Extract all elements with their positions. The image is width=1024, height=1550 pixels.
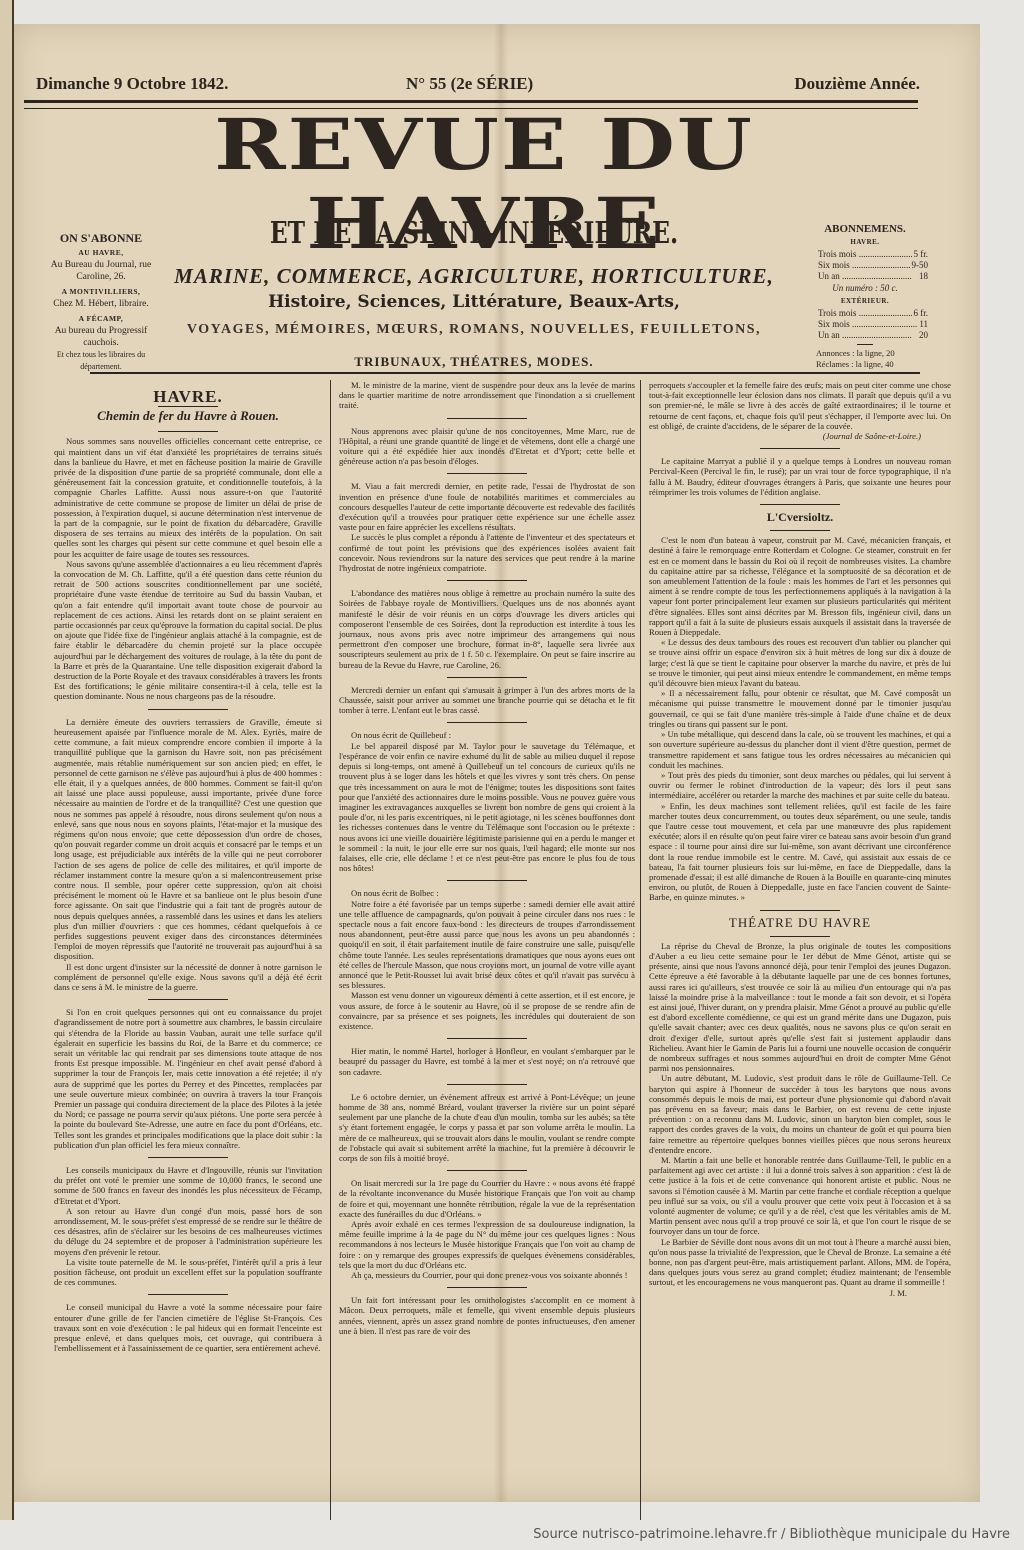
masthead-subtitle: ET DE LA SEINE-INFÉRIEURE. bbox=[232, 216, 716, 251]
rates-title: ABONNEMENS. bbox=[802, 224, 928, 235]
article-paragraph: Un autre débutant, M. Ludovic, s'est pro… bbox=[649, 1073, 951, 1155]
divider bbox=[148, 1157, 228, 1158]
masthead-bottom-rule bbox=[90, 372, 920, 374]
divider bbox=[148, 1294, 228, 1295]
author-signature: J. M. bbox=[649, 1288, 951, 1298]
article-paragraph: « Le dessus des deux tambours des roues … bbox=[649, 637, 951, 688]
article-paragraph: On nous écrit de Bolbec : bbox=[339, 888, 635, 898]
article-paragraph: Il est donc urgent d'insister sur la néc… bbox=[54, 962, 322, 993]
divider bbox=[158, 431, 218, 432]
havre-label: AU HAVRE, bbox=[36, 247, 166, 259]
column-1: HAVRE. Chemin de fer du Havre à Rouen. N… bbox=[54, 380, 322, 1520]
rates-havre-label: HAVRE. bbox=[802, 237, 928, 248]
divider bbox=[447, 1084, 527, 1085]
topics-line-3: VOYAGES, MÉMOIRES, MŒURS, ROMANS, NOUVEL… bbox=[164, 322, 784, 338]
article-paragraph: Notre foire a été favorisée par un temps… bbox=[339, 899, 635, 991]
article-paragraph: Le succès le plus complet a répondu à l'… bbox=[339, 532, 635, 573]
divider bbox=[447, 580, 527, 581]
divider bbox=[447, 722, 527, 723]
article-paragraph: Hier matin, le nommé Hartel, horloger à … bbox=[339, 1046, 635, 1077]
article-title-steamer: L'Cversioltz. bbox=[649, 512, 951, 522]
topics-line-1: MARINE, COMMERCE, AGRICULTURE, HORTICULT… bbox=[144, 264, 804, 289]
divider bbox=[857, 344, 873, 345]
article-paragraph: La dernière émeute des ouvriers terrassi… bbox=[54, 717, 322, 962]
subscription-title: ON S'ABONNE bbox=[36, 232, 166, 244]
divider bbox=[447, 1038, 527, 1039]
divider bbox=[447, 677, 527, 678]
issue-number: N° 55 (2e SÉRIE) bbox=[406, 74, 533, 94]
book-binding bbox=[0, 0, 14, 1520]
column-2: M. le ministre de la marine, vient de su… bbox=[330, 380, 635, 1520]
issue-date: Dimanche 9 Octobre 1842. bbox=[36, 74, 228, 94]
article-paragraph: Nous savons qu'une assemblée d'actionnai… bbox=[54, 559, 322, 702]
other-booksellers: Et chez tous les libraires du départemen… bbox=[36, 349, 166, 373]
rate-row: Un an20 bbox=[802, 330, 928, 341]
article-paragraph: perroquets s'accoupler et la femelle fai… bbox=[649, 380, 951, 431]
fecamp-address: Au bureau du Progressif cauchois. bbox=[36, 325, 166, 349]
article-paragraph: M. Martin a fait une belle et honorable … bbox=[649, 1155, 951, 1237]
article-paragraph: Mercredi dernier un enfant qui s'amusait… bbox=[339, 685, 635, 716]
article-paragraph: C'est le nom d'un bateau à vapeur, const… bbox=[649, 535, 951, 637]
article-paragraph: Après avoir exhalé en ces termes l'expre… bbox=[339, 1219, 635, 1270]
rates-box: ABONNEMENS. HAVRE. Trois mois5 fr. Six m… bbox=[802, 224, 928, 370]
divider bbox=[148, 999, 228, 1000]
divider bbox=[760, 504, 840, 505]
article-paragraph: » Enfin, les deux machines sont tellemen… bbox=[649, 801, 951, 903]
article-paragraph: On nous écrit de Quillebeuf : bbox=[339, 730, 635, 740]
article-paragraph: Un fait fort intéressant pour les ornith… bbox=[339, 1295, 635, 1336]
article-paragraph: A son retour au Havre d'un congé d'un mo… bbox=[54, 1206, 322, 1257]
fecamp-label: A FÉCAMP, bbox=[36, 313, 166, 325]
rate-row: Six mois11 bbox=[802, 319, 928, 330]
newspaper-page: Dimanche 9 Octobre 1842. N° 55 (2e SÉRIE… bbox=[14, 24, 980, 1502]
article-paragraph: » Un tube métallique, qui descend dans l… bbox=[649, 729, 951, 770]
article-paragraph: Le conseil municipal du Havre a voté la … bbox=[54, 1302, 322, 1353]
subscription-box: ON S'ABONNE AU HAVRE, Au Bureau du Journ… bbox=[36, 232, 166, 373]
divider bbox=[158, 406, 218, 407]
article-paragraph: Le capitaine Marryat a publié il y a que… bbox=[649, 456, 951, 497]
divider bbox=[447, 1170, 527, 1171]
article-paragraph: On lisait mercredi sur la 1re page du Co… bbox=[339, 1178, 635, 1219]
article-paragraph: L'abondance des matières nous oblige à r… bbox=[339, 588, 635, 670]
divider bbox=[447, 473, 527, 474]
article-paragraph: M. le ministre de la marine, vient de su… bbox=[339, 380, 635, 411]
divider bbox=[770, 530, 830, 531]
article-paragraph: Ah ça, messieurs du Courrier, pour qui d… bbox=[339, 1270, 635, 1280]
montivilliers-label: A MONTIVILLIERS, bbox=[36, 286, 166, 298]
divider bbox=[148, 709, 228, 710]
promo-rate: Réclames : la ligne, 40 bbox=[802, 359, 928, 370]
rate-row: Trois mois5 fr. bbox=[802, 249, 928, 260]
rate-row: Un an18 bbox=[802, 271, 928, 282]
article-title-railway: Chemin de fer du Havre à Rouen. bbox=[54, 411, 322, 421]
single-issue-price: Un numéro : 50 c. bbox=[802, 283, 928, 294]
article-paragraph: » Il a nécessairement fallu, pour obteni… bbox=[649, 688, 951, 729]
article-paragraph: Les conseils municipaux du Havre et d'In… bbox=[54, 1165, 322, 1206]
article-paragraph: Le Barbier de Séville dont nous avons di… bbox=[649, 1237, 951, 1288]
article-paragraph: Si l'on en croit quelques personnes qui … bbox=[54, 1007, 322, 1150]
divider bbox=[770, 936, 830, 937]
section-title-theatre: THÉATRE DU HAVRE bbox=[649, 918, 951, 928]
divider bbox=[447, 880, 527, 881]
article-paragraph: Masson est venu donner un vigoureux déme… bbox=[339, 990, 635, 1031]
article-paragraph: Nous apprenons avec plaisir qu'une de no… bbox=[339, 426, 635, 467]
issue-year: Douzième Année. bbox=[794, 74, 920, 94]
divider bbox=[447, 1287, 527, 1288]
divider bbox=[447, 418, 527, 419]
dateline: Dimanche 9 Octobre 1842. N° 55 (2e SÉRIE… bbox=[36, 74, 920, 100]
article-paragraph: La réprise du Cheval de Bronze, la plus … bbox=[649, 941, 951, 1074]
article-paragraph: M. Viau a fait mercredi dernier, en peti… bbox=[339, 481, 635, 532]
column-3: perroquets s'accoupler et la femelle fai… bbox=[640, 380, 951, 1520]
rate-row: Six mois9-50 bbox=[802, 260, 928, 271]
rates-exterieur-label: EXTÉRIEUR. bbox=[802, 296, 928, 307]
article-paragraph: Le bel appareil disposé par M. Taylor po… bbox=[339, 741, 635, 874]
source-credit: Source nutrisco-patrimoine.lehavre.fr / … bbox=[533, 1527, 1010, 1542]
article-paragraph: Le 6 octobre dernier, un évènement affre… bbox=[339, 1092, 635, 1163]
montivilliers-address: Chez M. Hébert, libraire. bbox=[36, 298, 166, 310]
rate-row: Trois mois6 fr. bbox=[802, 308, 928, 319]
divider bbox=[760, 448, 840, 449]
article-paragraph: La visite toute paternelle de M. le sous… bbox=[54, 1257, 322, 1288]
havre-address: Au Bureau du Journal, rue Caroline, 26. bbox=[36, 259, 166, 283]
topics-line-4: TRIBUNAUX, THÉATRES, MODES. bbox=[164, 354, 784, 370]
divider bbox=[760, 910, 840, 911]
section-title-havre: HAVRE. bbox=[54, 392, 322, 402]
article-paragraph: Nous sommes sans nouvelles officielles c… bbox=[54, 436, 322, 558]
ads-rate: Annonces : la ligne, 20 bbox=[802, 348, 928, 359]
topics-line-2: Histoire, Sciences, Littérature, Beaux-A… bbox=[164, 292, 784, 312]
article-paragraph: » Tout près des pieds du timonier, sont … bbox=[649, 770, 951, 801]
source-attribution: (Journal de Saône-et-Loire.) bbox=[649, 431, 951, 441]
